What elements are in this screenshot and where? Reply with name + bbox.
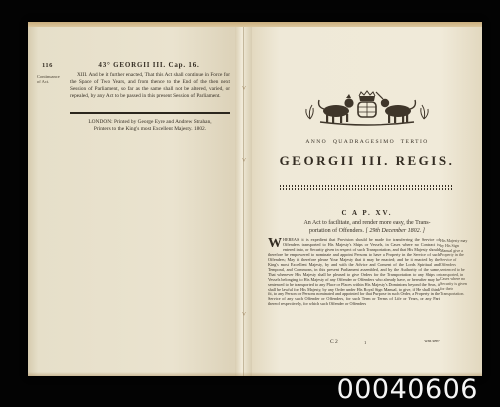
- printer-imprint: LONDON: Printed by George Eyre and Andre…: [66, 119, 234, 134]
- regis-title: GEORGII III. REGIS.: [252, 153, 482, 169]
- left-margin-note: Continuance of Act.: [37, 74, 63, 85]
- imprint-line-1: LONDON: Printed by George Eyre and Andre…: [66, 119, 234, 126]
- ornament-rule: [280, 185, 454, 190]
- press-figure: 1: [364, 340, 366, 345]
- royal-coat-of-arms-icon: [302, 89, 432, 127]
- drop-cap: W: [268, 238, 283, 249]
- stitch-icon: ˅: [238, 157, 250, 163]
- chapter-heading: C A P. XV.: [252, 209, 482, 217]
- right-page: ANNO QUADRAGESIMO TERTIO GEORGII III. RE…: [252, 27, 482, 376]
- right-margin-note: His Majesty may by His Sign Manual give …: [440, 239, 470, 349]
- stitch-icon: ˅: [238, 311, 250, 317]
- catchword: was sen-: [392, 338, 440, 343]
- signature-mark: C 2: [330, 339, 338, 345]
- page-number: 116: [42, 62, 53, 69]
- running-header: 43° GEORGII III. Cap. 16.: [68, 61, 230, 69]
- photograph-of-act-pages: 116 43° GEORGII III. Cap. 16. Continuanc…: [0, 0, 500, 407]
- horizontal-rule: [70, 112, 230, 114]
- stitch-icon: ˅: [238, 85, 250, 91]
- section-xiii-paragraph: XIII. And be it further enacted, That th…: [70, 72, 230, 100]
- enacting-paragraph: WHEREAS it is expedient that Provision s…: [268, 238, 440, 337]
- anno-regni-line: ANNO QUADRAGESIMO TERTIO: [252, 139, 482, 145]
- act-title-line-1: An Act to facilitate, and render more ea…: [303, 220, 430, 226]
- imprint-line-2: Printers to the King's most Excellent Ma…: [66, 126, 234, 133]
- binding-gutter: ˅ ˅ ˅: [235, 27, 252, 376]
- act-title-line-2: portation of Offenders.: [309, 228, 364, 234]
- body-text: HEREAS it is expedient that Provision sh…: [268, 238, 440, 306]
- book-opening: 116 43° GEORGII III. Cap. 16. Continuanc…: [28, 22, 482, 376]
- left-page: 116 43° GEORGII III. Cap. 16. Continuanc…: [28, 27, 235, 376]
- act-date: [ 29th December 1802. ]: [366, 228, 426, 234]
- catalogue-number: 00040606: [337, 374, 478, 405]
- act-title: An Act to facilitate, and render more ea…: [264, 220, 470, 236]
- gutter-crease: [243, 27, 244, 376]
